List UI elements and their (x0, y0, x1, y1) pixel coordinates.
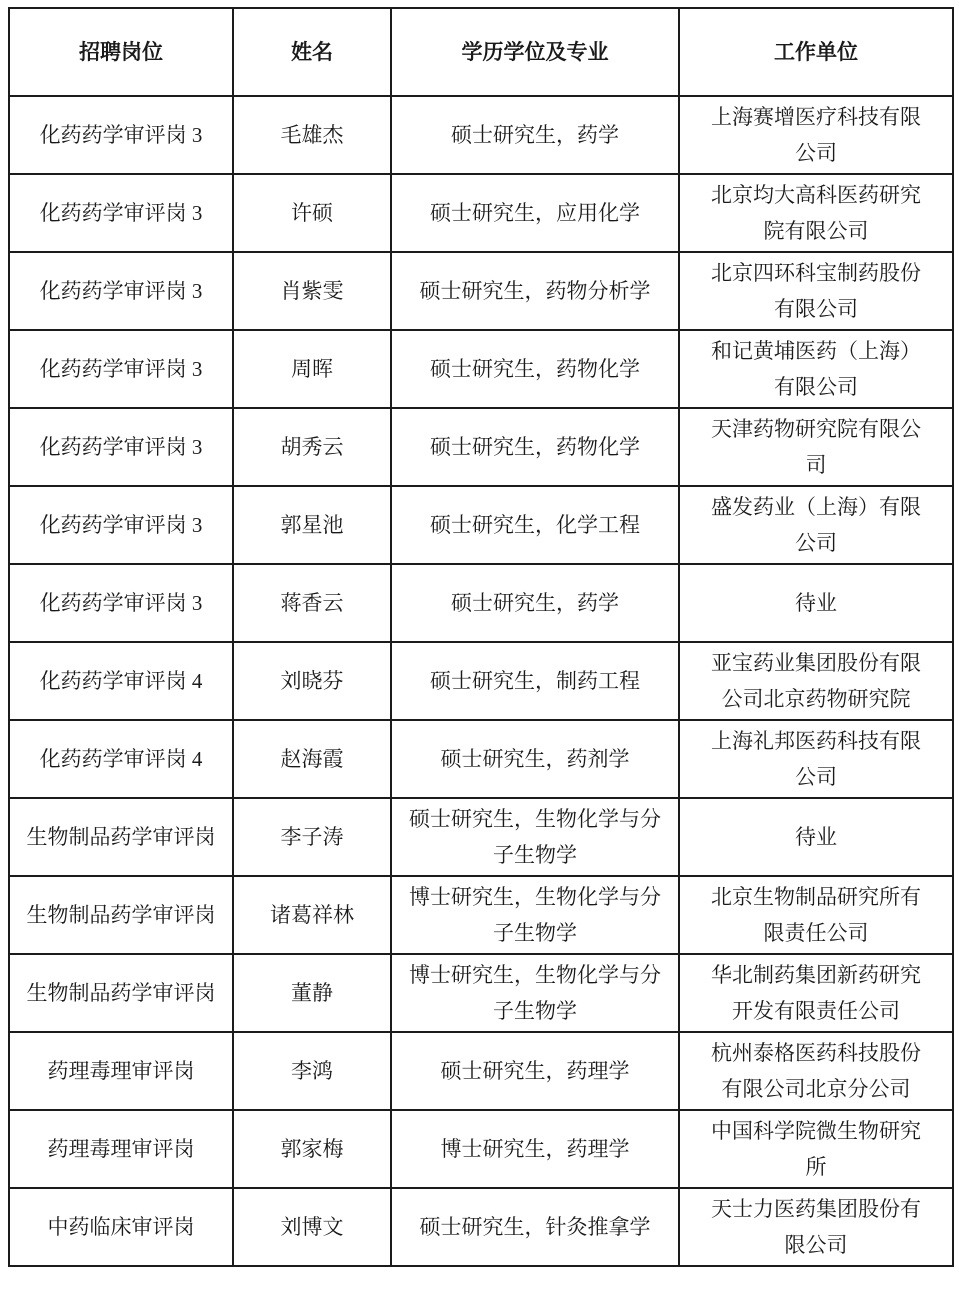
cell-name: 刘博文 (233, 1188, 391, 1266)
cell-employer: 华北制药集团新药研究开发有限责任公司 (679, 954, 953, 1032)
cell-position: 化药药学审评岗 4 (9, 642, 233, 720)
cell-name: 李鸿 (233, 1032, 391, 1110)
table-row: 化药药学审评岗 4刘晓芬硕士研究生，制药工程亚宝药业集团股份有限公司北京药物研究… (9, 642, 953, 720)
cell-employer: 盛发药业（上海）有限公司 (679, 486, 953, 564)
recruitment-table: 招聘岗位 姓名 学历学位及专业 工作单位 化药药学审评岗 3毛雄杰硕士研究生，药… (8, 7, 954, 1267)
table-row: 中药临床审评岗刘博文硕士研究生，针灸推拿学天士力医药集团股份有限公司 (9, 1188, 953, 1266)
cell-employer: 杭州泰格医药科技股份有限公司北京分公司 (679, 1032, 953, 1110)
table-row: 化药药学审评岗 3胡秀云硕士研究生，药物化学天津药物研究院有限公司 (9, 408, 953, 486)
table-body: 化药药学审评岗 3毛雄杰硕士研究生，药学上海赛增医疗科技有限公司化药药学审评岗 … (9, 96, 953, 1266)
cell-employer: 和记黄埔医药（上海）有限公司 (679, 330, 953, 408)
cell-employer: 北京均大高科医药研究院有限公司 (679, 174, 953, 252)
cell-position: 化药药学审评岗 3 (9, 96, 233, 174)
cell-position: 中药临床审评岗 (9, 1188, 233, 1266)
column-header-name: 姓名 (233, 8, 391, 96)
column-header-education: 学历学位及专业 (391, 8, 679, 96)
table-row: 生物制品药学审评岗李子涛硕士研究生，生物化学与分子生物学待业 (9, 798, 953, 876)
cell-position: 药理毒理审评岗 (9, 1110, 233, 1188)
cell-education: 硕士研究生，药物化学 (391, 330, 679, 408)
cell-position: 化药药学审评岗 3 (9, 252, 233, 330)
cell-name: 郭星池 (233, 486, 391, 564)
table-row: 生物制品药学审评岗董静博士研究生，生物化学与分子生物学华北制药集团新药研究开发有… (9, 954, 953, 1032)
table-row: 化药药学审评岗 3周晖硕士研究生，药物化学和记黄埔医药（上海）有限公司 (9, 330, 953, 408)
cell-education: 硕士研究生，制药工程 (391, 642, 679, 720)
table-row: 化药药学审评岗 3肖紫雯硕士研究生，药物分析学北京四环科宝制药股份有限公司 (9, 252, 953, 330)
cell-education: 博士研究生，生物化学与分子生物学 (391, 954, 679, 1032)
cell-employer: 天士力医药集团股份有限公司 (679, 1188, 953, 1266)
table-row: 化药药学审评岗 3许硕硕士研究生，应用化学北京均大高科医药研究院有限公司 (9, 174, 953, 252)
cell-education: 硕士研究生，药学 (391, 96, 679, 174)
cell-name: 蒋香云 (233, 564, 391, 642)
cell-position: 生物制品药学审评岗 (9, 798, 233, 876)
cell-name: 李子涛 (233, 798, 391, 876)
cell-name: 肖紫雯 (233, 252, 391, 330)
cell-education: 硕士研究生，针灸推拿学 (391, 1188, 679, 1266)
cell-education: 硕士研究生，药学 (391, 564, 679, 642)
cell-name: 胡秀云 (233, 408, 391, 486)
cell-position: 生物制品药学审评岗 (9, 954, 233, 1032)
cell-position: 生物制品药学审评岗 (9, 876, 233, 954)
cell-education: 硕士研究生，药物分析学 (391, 252, 679, 330)
cell-education: 硕士研究生，药理学 (391, 1032, 679, 1110)
table-row: 药理毒理审评岗郭家梅博士研究生，药理学中国科学院微生物研究所 (9, 1110, 953, 1188)
cell-position: 化药药学审评岗 3 (9, 174, 233, 252)
cell-employer: 亚宝药业集团股份有限公司北京药物研究院 (679, 642, 953, 720)
cell-employer: 待业 (679, 798, 953, 876)
cell-employer: 上海赛增医疗科技有限公司 (679, 96, 953, 174)
page: 招聘岗位 姓名 学历学位及专业 工作单位 化药药学审评岗 3毛雄杰硕士研究生，药… (0, 0, 959, 1292)
column-header-position: 招聘岗位 (9, 8, 233, 96)
cell-position: 药理毒理审评岗 (9, 1032, 233, 1110)
cell-name: 周晖 (233, 330, 391, 408)
table-row: 化药药学审评岗 3毛雄杰硕士研究生，药学上海赛增医疗科技有限公司 (9, 96, 953, 174)
cell-position: 化药药学审评岗 4 (9, 720, 233, 798)
cell-name: 董静 (233, 954, 391, 1032)
cell-position: 化药药学审评岗 3 (9, 564, 233, 642)
cell-name: 毛雄杰 (233, 96, 391, 174)
cell-education: 硕士研究生，生物化学与分子生物学 (391, 798, 679, 876)
cell-education: 硕士研究生，应用化学 (391, 174, 679, 252)
cell-employer: 上海礼邦医药科技有限公司 (679, 720, 953, 798)
cell-name: 诸葛祥林 (233, 876, 391, 954)
table-row: 化药药学审评岗 3蒋香云硕士研究生，药学待业 (9, 564, 953, 642)
header-row: 招聘岗位 姓名 学历学位及专业 工作单位 (9, 8, 953, 96)
table-row: 药理毒理审评岗李鸿硕士研究生，药理学杭州泰格医药科技股份有限公司北京分公司 (9, 1032, 953, 1110)
cell-position: 化药药学审评岗 3 (9, 408, 233, 486)
cell-employer: 中国科学院微生物研究所 (679, 1110, 953, 1188)
cell-position: 化药药学审评岗 3 (9, 486, 233, 564)
cell-employer: 待业 (679, 564, 953, 642)
cell-education: 博士研究生，生物化学与分子生物学 (391, 876, 679, 954)
table-row: 化药药学审评岗 3郭星池硕士研究生，化学工程盛发药业（上海）有限公司 (9, 486, 953, 564)
cell-education: 硕士研究生，药剂学 (391, 720, 679, 798)
cell-employer: 北京生物制品研究所有限责任公司 (679, 876, 953, 954)
cell-employer: 北京四环科宝制药股份有限公司 (679, 252, 953, 330)
table-row: 化药药学审评岗 4赵海霞硕士研究生，药剂学上海礼邦医药科技有限公司 (9, 720, 953, 798)
cell-employer: 天津药物研究院有限公司 (679, 408, 953, 486)
cell-education: 硕士研究生，药物化学 (391, 408, 679, 486)
cell-education: 硕士研究生，化学工程 (391, 486, 679, 564)
cell-education: 博士研究生，药理学 (391, 1110, 679, 1188)
cell-name: 许硕 (233, 174, 391, 252)
table-row: 生物制品药学审评岗诸葛祥林博士研究生，生物化学与分子生物学北京生物制品研究所有限… (9, 876, 953, 954)
column-header-employer: 工作单位 (679, 8, 953, 96)
cell-position: 化药药学审评岗 3 (9, 330, 233, 408)
cell-name: 郭家梅 (233, 1110, 391, 1188)
cell-name: 赵海霞 (233, 720, 391, 798)
cell-name: 刘晓芬 (233, 642, 391, 720)
